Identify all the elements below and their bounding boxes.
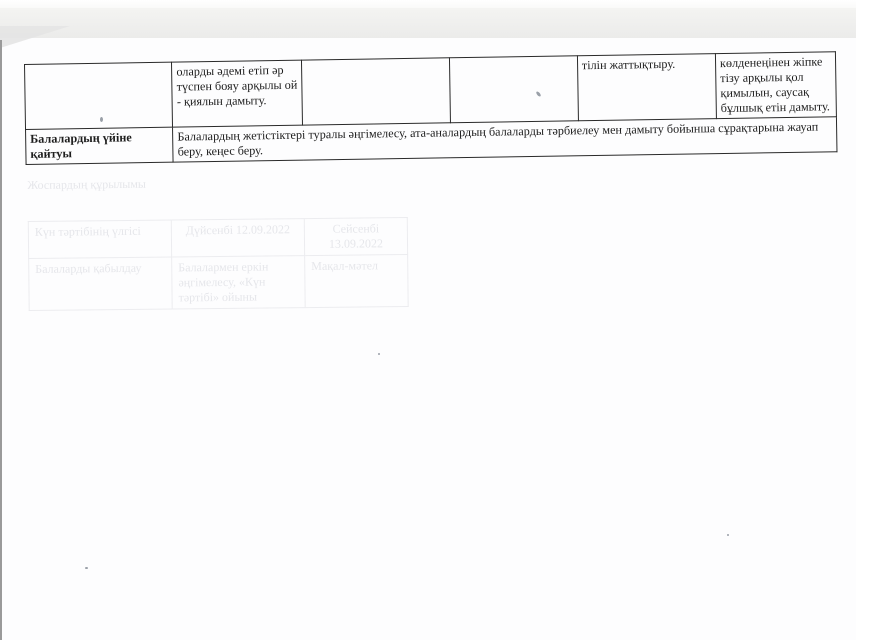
- bleed-cell: Сейсенбі 13.09.2022: [304, 218, 407, 256]
- scan-speck: [85, 567, 88, 569]
- bleed-cell: Балалармен еркін әңгімелесу, «Күн тәртіб…: [172, 256, 306, 309]
- bleed-cell: Күн тәртібінің үлгісі: [28, 220, 171, 258]
- page-corner-fold: [0, 26, 70, 48]
- bleed-table: Күн тәртібінің үлгісі Дүйсенбі 12.09.202…: [28, 217, 409, 311]
- row-label-departure: Балалардың үйіне қайтуы: [26, 127, 174, 164]
- bleed-heading: Жоспардың құрылымы: [27, 174, 407, 193]
- table-cell-coloring-activity: оларды әдемі етіп әр түспен бояу арқылы …: [172, 60, 303, 127]
- table-cell-motor-skills: көлденеңінен жіпке тізу арқылы қол қимыл…: [715, 52, 836, 119]
- bleed-body-row: Балаларды қабылдау Балалармен еркін әңгі…: [29, 255, 409, 311]
- bleed-header-row: Күн тәртібінің үлгісі Дүйсенбі 12.09.202…: [28, 218, 407, 259]
- bleed-through-text: Жоспардың құрылымы Күн тәртібінің үлгісі…: [27, 174, 408, 311]
- page-left-edge: [0, 40, 2, 640]
- table-cell-empty: [302, 58, 450, 125]
- bleed-cell: Дүйсенбі 12.09.2022: [171, 219, 304, 257]
- scan-speck: [727, 534, 729, 536]
- scan-speck: [100, 117, 103, 122]
- table-cell-empty: [449, 56, 578, 123]
- page-right-margin: [856, 0, 876, 640]
- table-cell-empty: [25, 62, 173, 129]
- table-cell-language-exercise: тілін жаттықтыру.: [577, 54, 716, 121]
- document-content: оларды әдемі етіп әр түспен бояу арқылы …: [24, 51, 837, 165]
- scanner-shadow-band: [0, 8, 856, 39]
- bleed-cell: Мақал-мәтел: [305, 255, 409, 308]
- bleed-cell: Балаларды қабылдау: [29, 257, 173, 310]
- daily-plan-table: оларды әдемі етіп әр түспен бояу арқылы …: [24, 51, 837, 165]
- scan-speck: [378, 353, 380, 355]
